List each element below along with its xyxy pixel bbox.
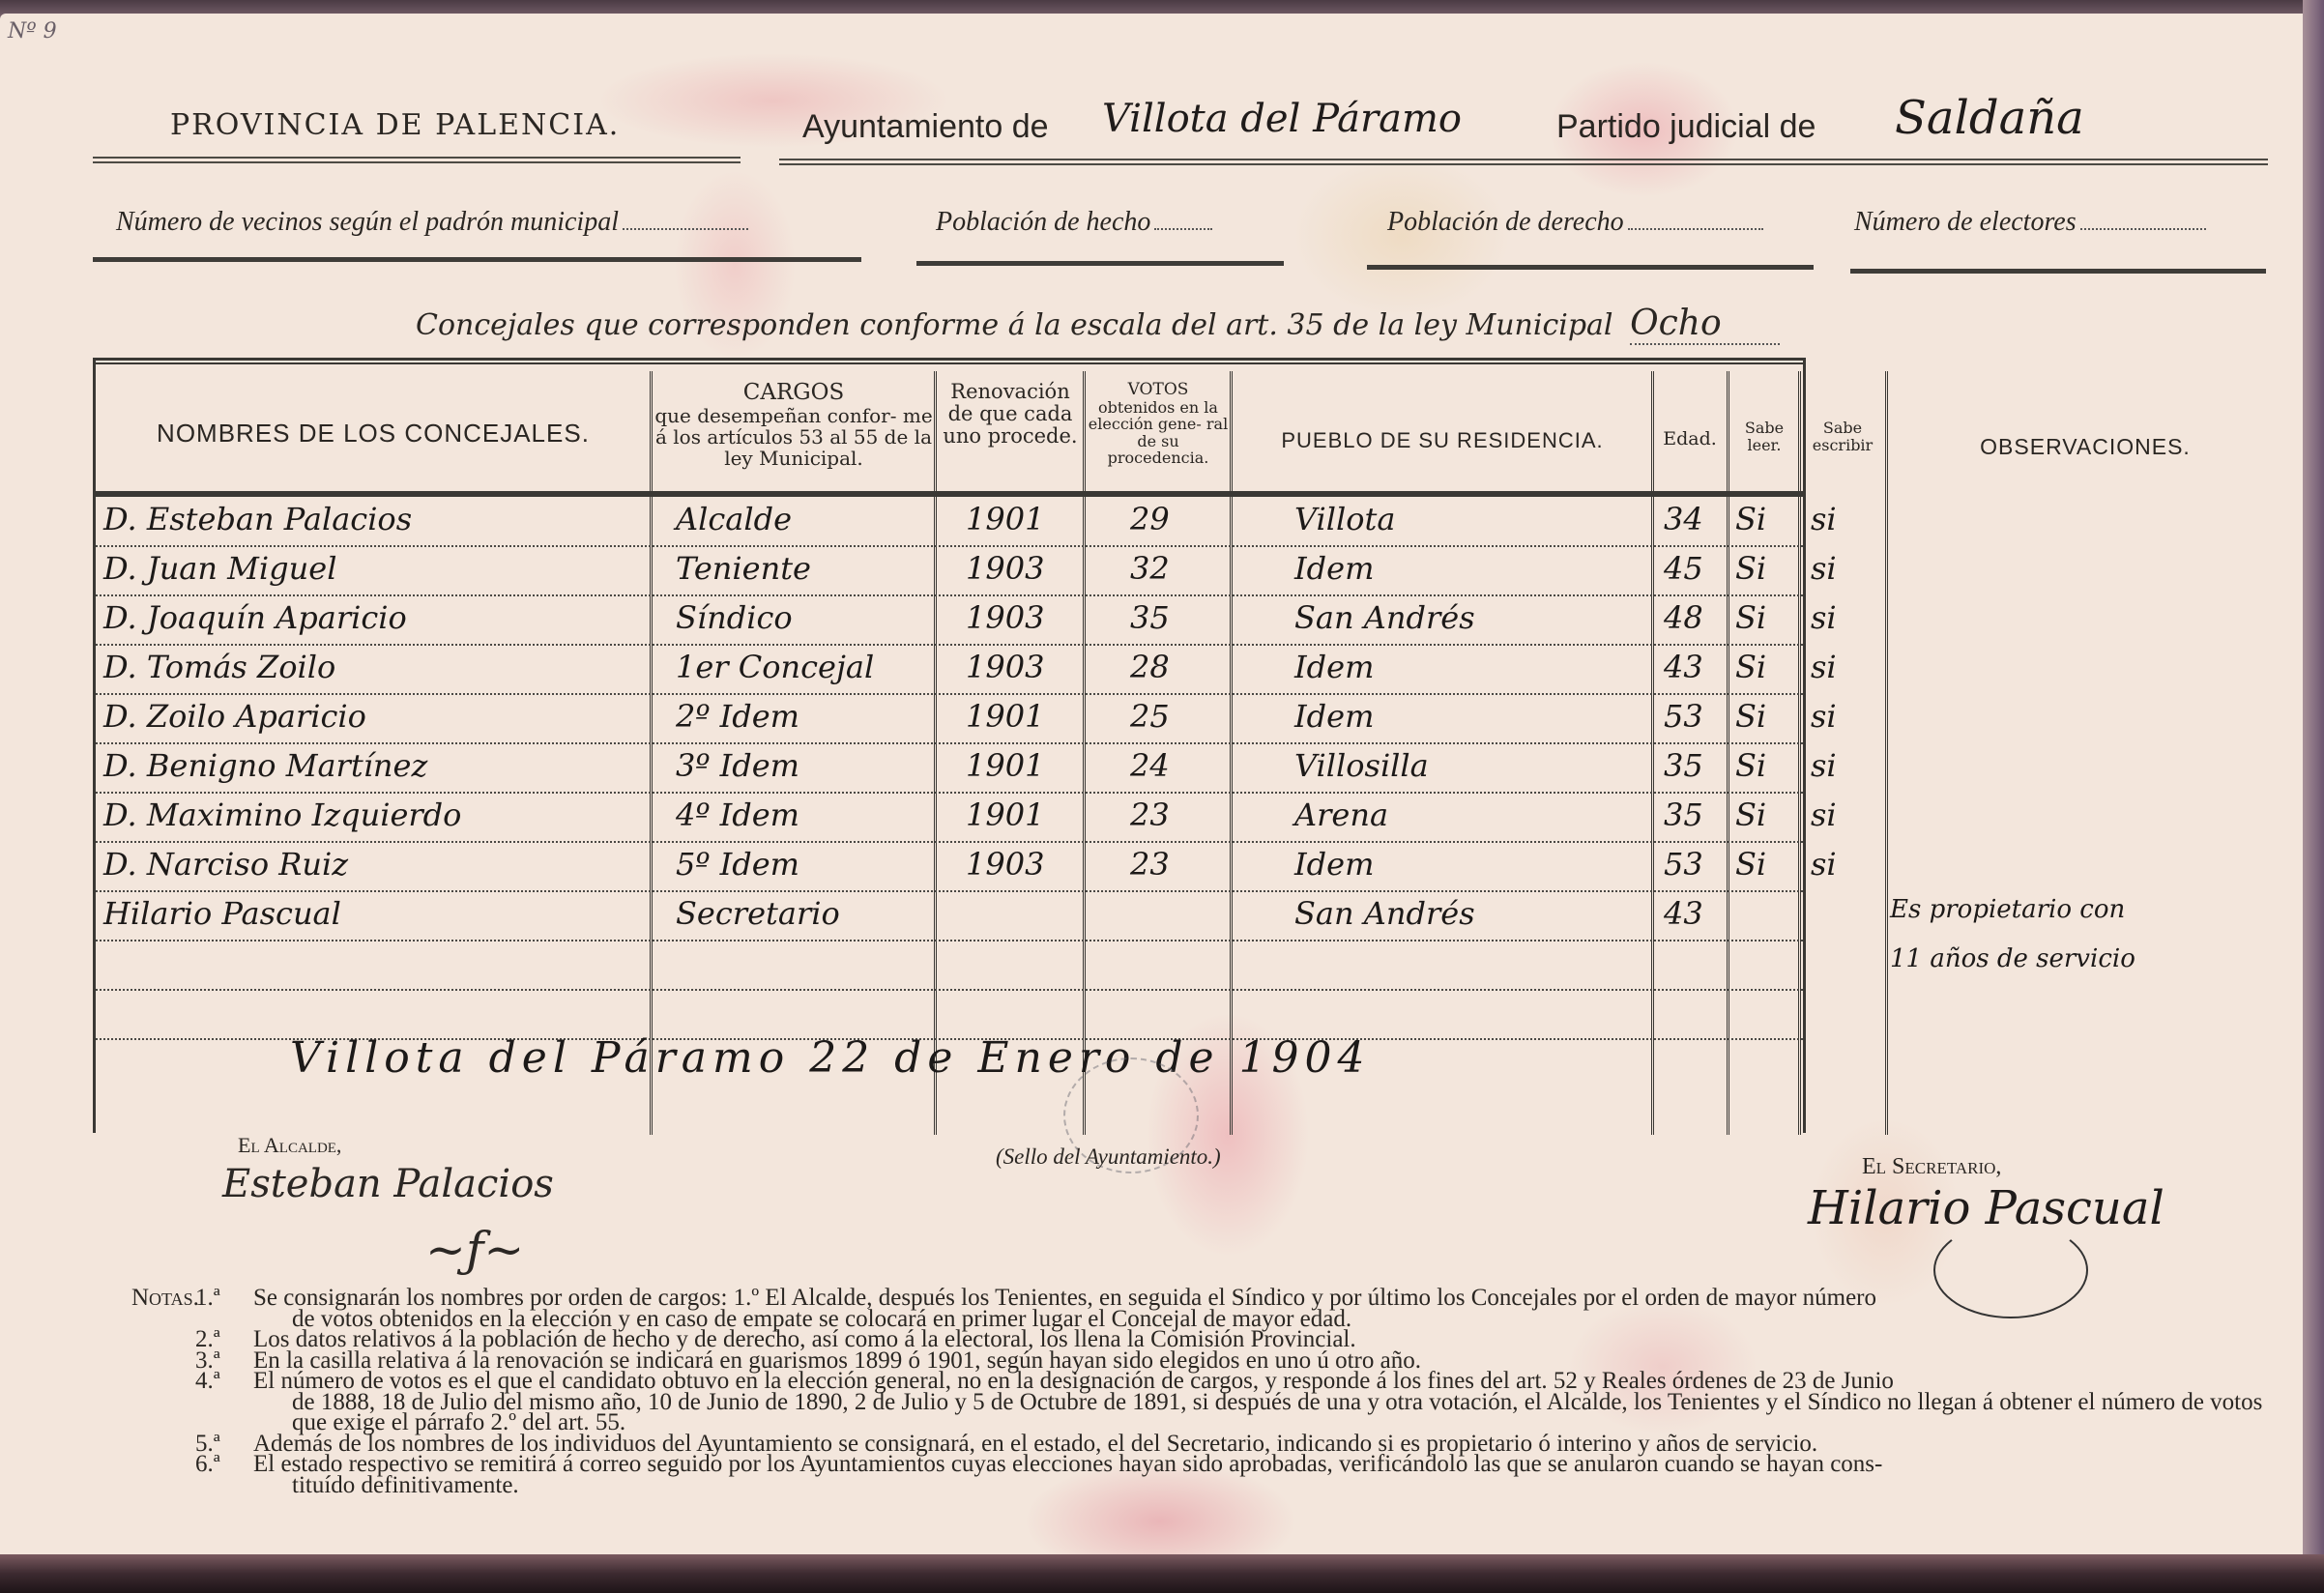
alcalde-label: El Alcalde, <box>238 1133 341 1158</box>
poblacion-hecho-label: Población de hecho <box>936 207 1150 237</box>
sello-label: (Sello del Ayuntamiento.) <box>996 1144 1221 1170</box>
concejales-label: Concejales que corresponden conforme á l… <box>416 308 1613 342</box>
note-continuation: de 1888, 18 de Julio del mismo año, 10 d… <box>253 1392 2268 1434</box>
cell-votos: 29 <box>1130 501 1170 537</box>
header-votos-title: VOTOS <box>1087 381 1230 399</box>
header-sabe-leer: Sabe leer. <box>1730 420 1798 453</box>
book-binding-right <box>2303 0 2324 1593</box>
cell-sabe-escribir: si <box>1811 501 1837 537</box>
field-rule-4 <box>1850 269 2266 274</box>
cell-edad: 34 <box>1664 501 1703 537</box>
header-rule-left <box>93 157 741 163</box>
cell-sabe-leer: Si <box>1735 747 1766 784</box>
cell-renovacion: 1903 <box>966 649 1044 685</box>
cell-renovacion: 1901 <box>966 698 1044 735</box>
cell-renovacion: 1903 <box>966 599 1044 636</box>
cell-cargo: Teniente <box>676 550 811 587</box>
cell-pueblo: Villota <box>1294 501 1395 537</box>
cell-edad: 35 <box>1664 796 1703 833</box>
table-row: Hilario Pascual Secretario San Andrés 43… <box>96 893 1803 941</box>
note-number: 4.ª <box>195 1371 220 1392</box>
field-rule-3 <box>1367 265 1814 270</box>
cell-votos: 32 <box>1130 550 1170 587</box>
cell-nombre: D. Esteban Palacios <box>103 501 412 537</box>
cell-edad: 53 <box>1664 698 1703 735</box>
header-renovacion: Renovación de que cada uno procede. <box>938 381 1083 448</box>
cell-sabe-escribir: si <box>1811 649 1837 685</box>
cell-sabe-escribir: si <box>1811 698 1837 735</box>
cell-votos: 23 <box>1130 796 1170 833</box>
table-row: D. Tomás Zoilo 1er Concejal 1903 28 Idem… <box>96 647 1803 695</box>
header-observaciones: OBSERVACIONES. <box>1887 435 2283 459</box>
vecinos-value <box>623 228 748 230</box>
cell-edad: 53 <box>1664 846 1703 883</box>
header-edad: Edad. <box>1653 429 1727 449</box>
cell-pueblo: Idem <box>1294 649 1374 685</box>
cell-pueblo: Villosilla <box>1294 747 1429 784</box>
poblacion-hecho-field: Población de hecho <box>936 207 1212 238</box>
header-rule-right <box>779 159 2268 165</box>
cell-renovacion: 1901 <box>966 796 1044 833</box>
cell-edad: 35 <box>1664 747 1703 784</box>
cell-sabe-leer: Si <box>1735 649 1766 685</box>
cell-nombre: D. Narciso Ruiz <box>103 846 348 883</box>
poblacion-hecho-value <box>1154 228 1212 230</box>
cell-nombre: D. Joaquín Aparicio <box>103 599 407 636</box>
cell-cargo: 5º Idem <box>676 846 799 883</box>
note-number: 6.ª <box>195 1454 220 1475</box>
cell-votos: 24 <box>1130 747 1170 784</box>
cell-cargo: 3º Idem <box>676 747 799 784</box>
header-votos-sub: obtenidos en la elección gene- ral de su… <box>1087 399 1230 467</box>
header-pueblo: PUEBLO DE SU RESIDENCIA. <box>1234 429 1651 452</box>
secretario-label: El Secretario, <box>1862 1154 2001 1180</box>
note-item: 4.ª El número de votos es el que el cand… <box>131 1371 2268 1434</box>
cell-edad: 43 <box>1664 895 1703 932</box>
notes-section: Notas. 1.ª Se consignarán los nombres po… <box>131 1288 2268 1495</box>
electores-label: Número de electores <box>1854 207 2077 237</box>
cell-votos: 23 <box>1130 846 1170 883</box>
poblacion-derecho-value <box>1628 228 1763 230</box>
header-nombres: NOMBRES DE LOS CONCEJALES. <box>97 420 650 448</box>
concejales-value: Ocho <box>1630 304 1780 345</box>
cell-nombre: D. Benigno Martínez <box>103 747 427 784</box>
electores-field: Número de electores <box>1854 207 2206 238</box>
cell-nombre: Hilario Pascual <box>103 895 341 932</box>
table-row: 11 años de servicio <box>96 942 1803 991</box>
cell-pueblo: Idem <box>1294 846 1374 883</box>
folio-number: Nº 9 <box>8 19 57 43</box>
cell-sabe-escribir: si <box>1811 599 1837 636</box>
cell-pueblo: Idem <box>1294 550 1374 587</box>
cell-nombre: D. Juan Miguel <box>103 550 336 587</box>
book-binding-bottom <box>0 1554 2324 1593</box>
cell-sabe-leer: Si <box>1735 599 1766 636</box>
partido-label: Partido judicial de <box>1556 108 1816 146</box>
cell-pueblo: San Andrés <box>1294 895 1475 932</box>
cell-sabe-escribir: si <box>1811 550 1837 587</box>
table-header-separator <box>96 491 1803 497</box>
table-row: D. Esteban Palacios Alcalde 1901 29 Vill… <box>96 499 1803 547</box>
cell-cargo: 1er Concejal <box>676 649 874 685</box>
vecinos-label: Número de vecinos según el padrón munici… <box>116 207 619 237</box>
cell-votos: 35 <box>1130 599 1170 636</box>
cell-sabe-escribir: si <box>1811 846 1837 883</box>
cell-observaciones: Es propietario con <box>1890 895 2125 924</box>
poblacion-derecho-field: Población de derecho <box>1387 207 1763 238</box>
ayuntamiento-value: Villota del Páramo <box>1102 97 1462 141</box>
header-cargos-title: CARGOS <box>654 381 934 405</box>
cell-edad: 48 <box>1664 599 1703 636</box>
cell-sabe-escribir: si <box>1811 796 1837 833</box>
cell-pueblo: Arena <box>1294 796 1388 833</box>
table-row: D. Zoilo Aparicio 2º Idem 1901 25 Idem 5… <box>96 696 1803 744</box>
vecinos-field: Número de vecinos según el padrón munici… <box>116 207 748 238</box>
alcalde-rubric: ~ƒ~ <box>425 1222 524 1278</box>
header-sabe-escribir: Sabe escribir <box>1800 420 1885 453</box>
table-row: D. Joaquín Aparicio Síndico 1903 35 San … <box>96 597 1803 646</box>
cell-nombre: D. Maximino Izquierdo <box>103 796 461 833</box>
cell-sabe-escribir: si <box>1811 747 1837 784</box>
cell-edad: 43 <box>1664 649 1703 685</box>
concejales-line: Concejales que corresponden conforme á l… <box>416 304 1780 343</box>
table-row: D. Juan Miguel Teniente 1903 32 Idem 45 … <box>96 548 1803 596</box>
cell-renovacion: 1903 <box>966 550 1044 587</box>
note-continuation: tituído definitivamente. <box>253 1475 2268 1496</box>
document-page: Nº 9 PROVINCIA DE PALENCIA. Ayuntamiento… <box>0 14 2305 1564</box>
cell-renovacion: 1901 <box>966 747 1044 784</box>
poblacion-derecho-label: Población de derecho <box>1387 207 1624 237</box>
field-rule-2 <box>916 261 1284 266</box>
note-item: 1.ª Se consignarán los nombres por orden… <box>131 1288 2268 1329</box>
cell-pueblo: Idem <box>1294 698 1374 735</box>
electores-value <box>2080 228 2206 230</box>
partido-value: Saldaña <box>1895 91 2084 145</box>
cell-observaciones: 11 años de servicio <box>1890 944 2135 973</box>
cell-cargo: 2º Idem <box>676 698 799 735</box>
population-fields: Número de vecinos según el padrón munici… <box>0 207 2305 265</box>
header-votos: VOTOS obtenidos en la elección gene- ral… <box>1087 381 1230 467</box>
cell-sabe-leer: Si <box>1735 846 1766 883</box>
cell-renovacion: 1903 <box>966 846 1044 883</box>
field-rule-1 <box>93 257 861 262</box>
header-cargos: CARGOS que desempeñan confor- me á los a… <box>654 381 934 469</box>
cell-cargo: Secretario <box>676 895 840 932</box>
cell-renovacion: 1901 <box>966 501 1044 537</box>
cell-votos: 28 <box>1130 649 1170 685</box>
cell-nombre: D. Tomás Zoilo <box>103 649 335 685</box>
ayuntamiento-label: Ayuntamiento de <box>802 108 1049 146</box>
cell-cargo: Alcalde <box>676 501 792 537</box>
alcalde-signature: Esteban Palacios <box>222 1162 554 1206</box>
cell-pueblo: San Andrés <box>1294 599 1475 636</box>
table-row: D. Maximino Izquierdo 4º Idem 1901 23 Ar… <box>96 795 1803 843</box>
header-cargos-sub: que desempeñan confor- me á los artículo… <box>654 405 934 469</box>
provincia-title: PROVINCIA DE PALENCIA. <box>170 108 620 142</box>
cell-sabe-leer: Si <box>1735 501 1766 537</box>
cell-sabe-leer: Si <box>1735 698 1766 735</box>
header-line: PROVINCIA DE PALENCIA. Ayuntamiento de V… <box>0 101 2305 159</box>
table-row: D. Narciso Ruiz 5º Idem 1903 23 Idem 53 … <box>96 844 1803 892</box>
cell-cargo: 4º Idem <box>676 796 799 833</box>
cell-nombre: D. Zoilo Aparicio <box>103 698 366 735</box>
cell-votos: 25 <box>1130 698 1170 735</box>
cell-cargo: Síndico <box>676 599 793 636</box>
note-item: 6.ª El estado respectivo se remitirá á c… <box>131 1454 2268 1495</box>
cell-sabe-leer: Si <box>1735 550 1766 587</box>
note-number: 1.ª <box>195 1288 220 1309</box>
table-row: D. Benigno Martínez 3º Idem 1901 24 Vill… <box>96 745 1803 794</box>
notes-list: 1.ª Se consignarán los nombres por orden… <box>131 1288 2268 1495</box>
cell-edad: 45 <box>1664 550 1703 587</box>
cell-sabe-leer: Si <box>1735 796 1766 833</box>
date-line: Villota del Páramo 22 de Enero de 1904 <box>290 1033 1371 1083</box>
